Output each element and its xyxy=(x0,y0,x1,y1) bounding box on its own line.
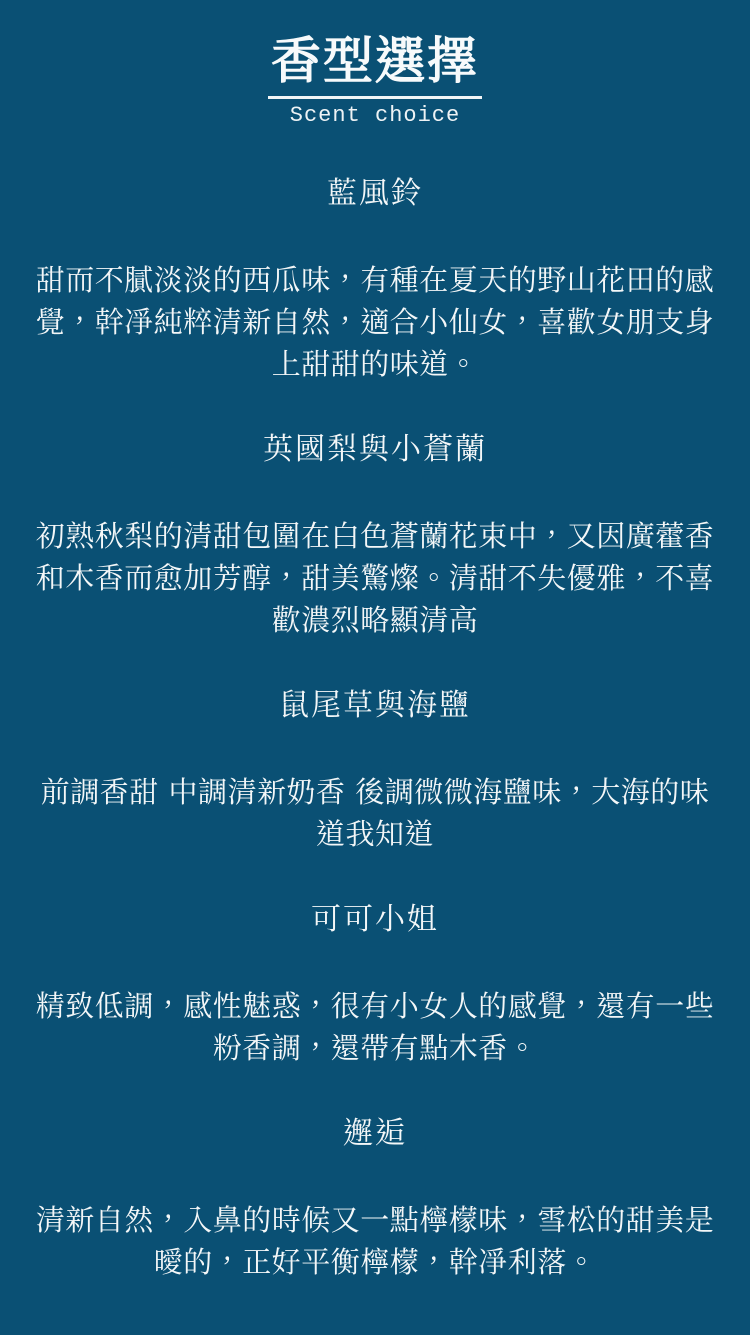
scent-description: 精致低調，感性魅惑，很有小女人的感覺，還有一些粉香調，還帶有點木香。 xyxy=(30,985,720,1069)
scent-name: 英國梨與小蒼蘭 xyxy=(0,433,750,467)
scent-section-miss-coco: 可可小姐 精致低調，感性魅惑，很有小女人的感覺，還有一些粉香調，還帶有點木香。 xyxy=(0,903,750,1069)
scent-name: 鼠尾草與海鹽 xyxy=(0,689,750,723)
scent-description: 初熟秋梨的清甜包圍在白色蒼蘭花束中，又因廣藿香和木香而愈加芳醇，甜美驚燦。清甜不… xyxy=(30,515,720,641)
scent-name: 可可小姐 xyxy=(0,903,750,937)
scent-name: 藍風鈴 xyxy=(0,177,750,211)
page-header: 香型選擇 Scent choice xyxy=(0,0,750,129)
scent-section-sage-sea-salt: 鼠尾草與海鹽 前調香甜 中調清新奶香 後調微微海鹽味，大海的味道我知道 xyxy=(0,689,750,855)
scent-description: 前調香甜 中調清新奶香 後調微微海鹽味，大海的味道我知道 xyxy=(30,771,720,855)
scent-name: 邂逅 xyxy=(0,1117,750,1151)
scent-description: 清新自然，入鼻的時候又一點檸檬味，雪松的甜美是曖的，正好平衡檸檬，幹凈利落。 xyxy=(30,1199,720,1283)
scent-choice-page: 香型選擇 Scent choice 藍風鈴 甜而不膩淡淡的西瓜味，有種在夏天的野… xyxy=(0,0,750,1335)
scent-description: 甜而不膩淡淡的西瓜味，有種在夏天的野山花田的感覺，幹凈純粹清新自然，適合小仙女，… xyxy=(30,259,720,385)
scent-section-encounter: 邂逅 清新自然，入鼻的時候又一點檸檬味，雪松的甜美是曖的，正好平衡檸檬，幹凈利落… xyxy=(0,1117,750,1283)
page-subtitle: Scent choice xyxy=(0,103,750,129)
scent-section-english-pear-freesia: 英國梨與小蒼蘭 初熟秋梨的清甜包圍在白色蒼蘭花束中，又因廣藿香和木香而愈加芳醇，… xyxy=(0,433,750,641)
title-underline xyxy=(268,96,482,99)
page-title: 香型選擇 xyxy=(0,30,750,92)
scent-section-blue-bell: 藍風鈴 甜而不膩淡淡的西瓜味，有種在夏天的野山花田的感覺，幹凈純粹清新自然，適合… xyxy=(0,177,750,385)
